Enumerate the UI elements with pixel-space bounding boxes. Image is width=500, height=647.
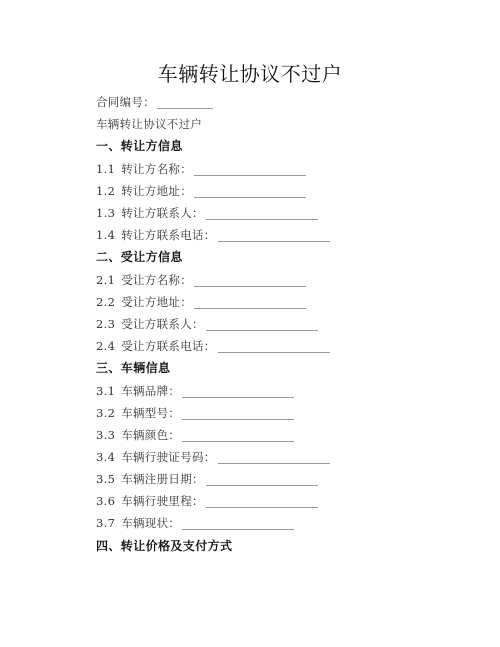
section-heading-price-payment: 四、转让价格及支付方式 bbox=[96, 537, 232, 555]
item-label: 转让方地址： bbox=[121, 182, 192, 200]
vehicle-model-field[interactable] bbox=[182, 407, 294, 420]
item-label: 车辆现状： bbox=[121, 514, 180, 532]
vehicle-license-field[interactable] bbox=[218, 451, 330, 464]
item-label: 车辆注册日期： bbox=[121, 470, 204, 488]
item-label: 车辆型号： bbox=[121, 404, 180, 422]
contract-number-field[interactable] bbox=[157, 96, 213, 109]
field-row-transferee-contact: 2.3 受让方联系人： bbox=[96, 315, 318, 333]
item-number: 2.2 bbox=[96, 293, 115, 311]
field-row-vehicle-registration-date: 3.5 车辆注册日期： bbox=[96, 470, 318, 488]
item-label: 受让方联系电话： bbox=[121, 337, 215, 355]
item-number: 2.4 bbox=[96, 337, 115, 355]
item-number: 1.2 bbox=[96, 182, 115, 200]
field-row-vehicle-color: 3.3 车辆颜色： bbox=[96, 426, 294, 444]
field-row-transferee-name: 2.1 受让方名称： bbox=[96, 271, 306, 289]
section-heading-transferee: 二、受让方信息 bbox=[96, 248, 183, 266]
field-row-transferor-contact: 1.3 转让方联系人： bbox=[96, 204, 318, 222]
vehicle-registration-date-field[interactable] bbox=[206, 473, 318, 486]
field-row-transferor-address: 1.2 转让方地址： bbox=[96, 182, 306, 200]
field-row-vehicle-license: 3.4 车辆行驶证号码： bbox=[96, 448, 330, 466]
vehicle-brand-field[interactable] bbox=[182, 385, 294, 398]
item-label: 车辆行驶里程： bbox=[121, 492, 204, 510]
section-heading-transferor: 一、转让方信息 bbox=[96, 137, 183, 155]
item-number: 1.4 bbox=[96, 226, 115, 244]
field-row-transferee-phone: 2.4 受让方联系电话： bbox=[96, 337, 330, 355]
item-label: 车辆行驶证号码： bbox=[121, 448, 215, 466]
transferor-phone-field[interactable] bbox=[218, 229, 330, 242]
field-row-transferor-phone: 1.4 转让方联系电话： bbox=[96, 226, 330, 244]
item-number: 1.1 bbox=[96, 160, 115, 178]
vehicle-color-field[interactable] bbox=[182, 429, 294, 442]
field-row-vehicle-model: 3.2 车辆型号： bbox=[96, 404, 294, 422]
item-number: 3.7 bbox=[96, 514, 115, 532]
item-number: 3.5 bbox=[96, 470, 115, 488]
document-subtitle: 车辆转让协议不过户 bbox=[96, 115, 202, 133]
item-label: 车辆品牌： bbox=[121, 382, 180, 400]
section-heading-vehicle: 三、车辆信息 bbox=[96, 359, 170, 377]
field-row-transferee-address: 2.2 受让方地址： bbox=[96, 293, 306, 311]
transferee-phone-field[interactable] bbox=[218, 340, 330, 353]
contract-number-row: 合同编号： bbox=[96, 93, 213, 111]
contract-number-label: 合同编号： bbox=[96, 93, 155, 111]
transferee-address-field[interactable] bbox=[194, 296, 306, 309]
transferor-address-field[interactable] bbox=[194, 185, 306, 198]
document-title: 车辆转让协议不过户 bbox=[0, 58, 500, 87]
item-number: 3.3 bbox=[96, 426, 115, 444]
item-label: 转让方联系电话： bbox=[121, 226, 215, 244]
item-number: 3.1 bbox=[96, 382, 115, 400]
item-number: 3.2 bbox=[96, 404, 115, 422]
field-row-vehicle-brand: 3.1 车辆品牌： bbox=[96, 382, 294, 400]
vehicle-mileage-field[interactable] bbox=[206, 495, 318, 508]
transferor-name-field[interactable] bbox=[194, 163, 306, 176]
item-label: 受让方地址： bbox=[121, 293, 192, 311]
field-row-vehicle-condition: 3.7 车辆现状： bbox=[96, 514, 294, 532]
item-number: 2.3 bbox=[96, 315, 115, 333]
item-label: 转让方联系人： bbox=[121, 204, 204, 222]
item-label: 受让方名称： bbox=[121, 271, 192, 289]
item-number: 3.4 bbox=[96, 448, 115, 466]
vehicle-condition-field[interactable] bbox=[182, 517, 294, 530]
transferee-contact-field[interactable] bbox=[206, 318, 318, 331]
item-number: 3.6 bbox=[96, 492, 115, 510]
item-number: 2.1 bbox=[96, 271, 115, 289]
field-row-vehicle-mileage: 3.6 车辆行驶里程： bbox=[96, 492, 318, 510]
item-label: 车辆颜色： bbox=[121, 426, 180, 444]
item-label: 受让方联系人： bbox=[121, 315, 204, 333]
field-row-transferor-name: 1.1 转让方名称： bbox=[96, 160, 306, 178]
item-label: 转让方名称： bbox=[121, 160, 192, 178]
transferee-name-field[interactable] bbox=[194, 274, 306, 287]
transferor-contact-field[interactable] bbox=[206, 207, 318, 220]
item-number: 1.3 bbox=[96, 204, 115, 222]
